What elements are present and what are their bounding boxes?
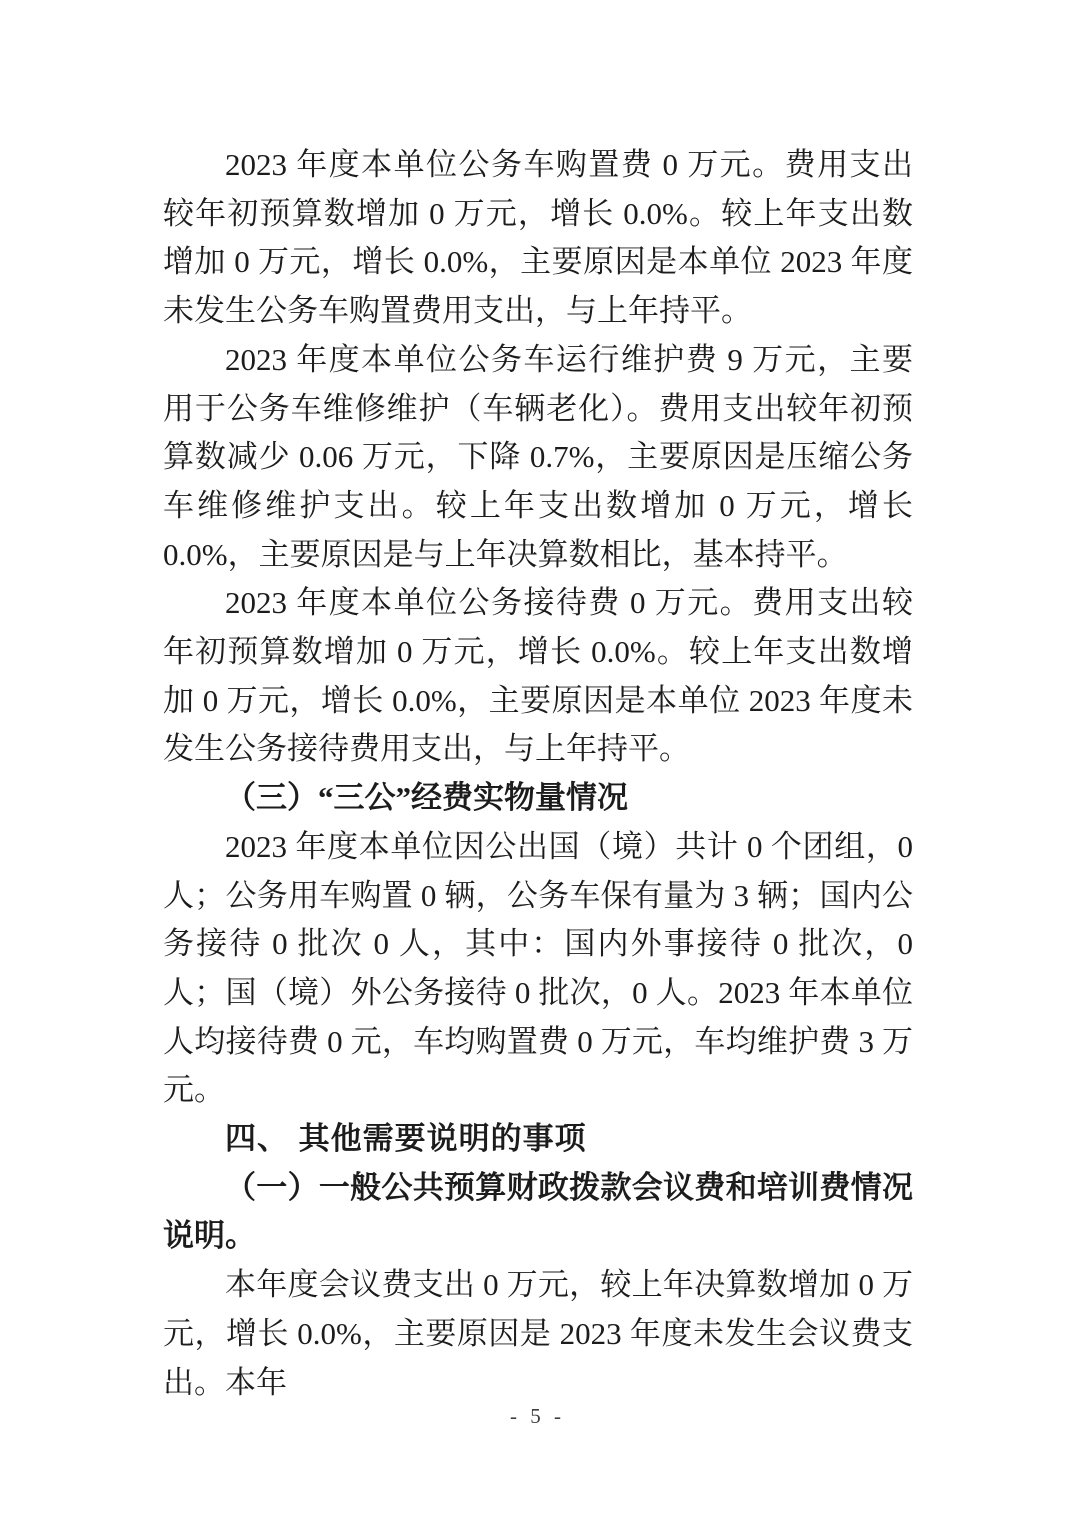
paragraph-car-maintenance-fee: 2023 年度本单位公务车运行维护费 9 万元，主要用于公务车维修维护（车辆老化… [163, 336, 913, 580]
paragraph-official-reception-fee: 2023 年度本单位公务接待费 0 万元。费用支出较年初预算数增加 0 万元，增… [163, 579, 913, 774]
document-body: 2023 年度本单位公务车购置费 0 万元。费用支出较年初预算数增加 0 万元，… [163, 141, 913, 1407]
heading-meeting-and-training-fee: （一）一般公共预算财政拨款会议费和培训费情况说明。 [163, 1164, 913, 1261]
paragraph-physical-quantity-details: 2023 年度本单位因公出国（境）共计 0 个团组，0 人；公务用车购置 0 辆… [163, 823, 913, 1115]
heading-other-matters: 四、 其他需要说明的事项 [163, 1115, 913, 1164]
heading-three-public-funds-physical-quantity: （三）“三公”经费实物量情况 [163, 774, 913, 823]
paragraph-car-purchase-fee: 2023 年度本单位公务车购置费 0 万元。费用支出较年初预算数增加 0 万元，… [163, 141, 913, 336]
document-page: 2023 年度本单位公务车购置费 0 万元。费用支出较年初预算数增加 0 万元，… [0, 0, 1075, 1520]
paragraph-meeting-fee: 本年度会议费支出 0 万元，较上年决算数增加 0 万元，增长 0.0%，主要原因… [163, 1261, 913, 1407]
page-number: - 5 - [0, 1404, 1075, 1429]
